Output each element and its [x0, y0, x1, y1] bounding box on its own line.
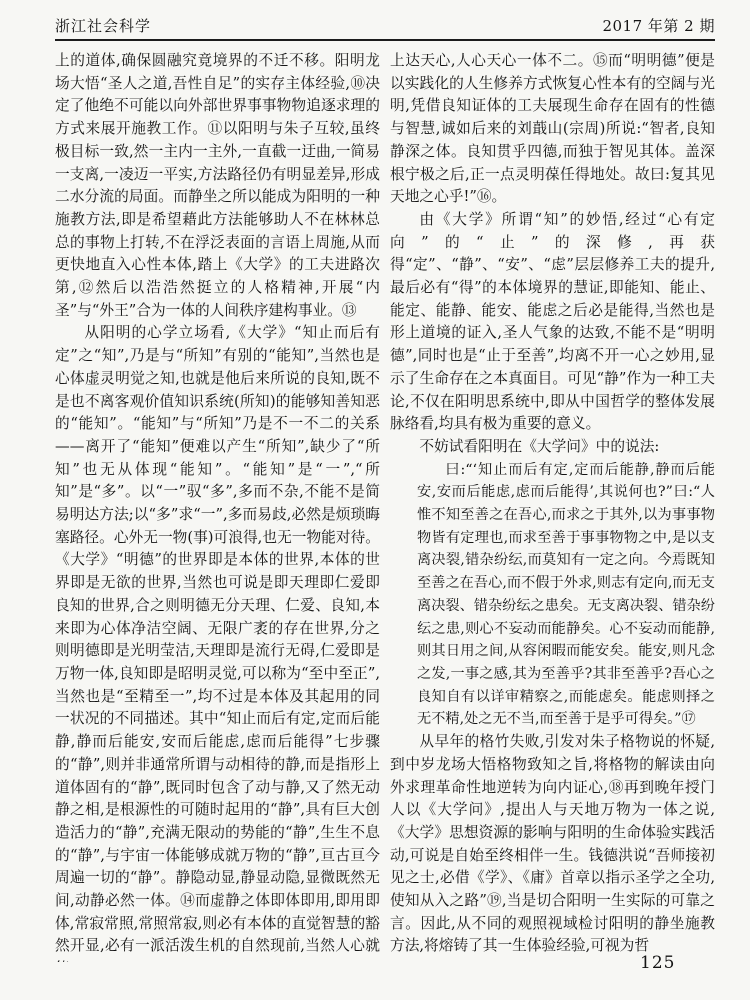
journal-page: 浙江社会科学 2017 年第 2 期 上的道体,确保圆融究竟境界的不迁不移。阳明… — [0, 0, 750, 1000]
page-header: 浙江社会科学 2017 年第 2 期 — [55, 14, 715, 36]
paragraph: 从阳明的心学立场看,《大学》“知止而后有定”之“知”,乃是与“所知”有别的“能知… — [55, 322, 380, 962]
right-text-column: 上达天心,人心天心一体不二。⑮而“明明德”便是以实践化的人生修养方式恢复心性本有… — [390, 50, 715, 962]
journal-title: 浙江社会科学 — [55, 15, 151, 36]
paragraph: 不妨试看阳明在《大学问》中的说法: — [390, 436, 715, 459]
header-divider — [55, 39, 715, 41]
paragraph: 从早年的格竹失败,引发对朱子格物说的怀疑,到中岁龙场大悟格物致知之旨,将格物的解… — [390, 731, 715, 958]
left-text-column: 上的道体,确保圆融究竟境界的不迁不移。阳明龙场大悟“圣人之道,吾性自足”的实存主… — [55, 50, 380, 962]
issue-label: 2017 年第 2 期 — [602, 15, 715, 36]
paragraph-continuation: 上的道体,确保圆融究竟境界的不迁不移。阳明龙场大悟“圣人之道,吾性自足”的实存主… — [55, 50, 380, 322]
paragraph-continuation: 上达天心,人心天心一体不二。⑮而“明明德”便是以实践化的人生修养方式恢复心性本有… — [390, 50, 715, 209]
paragraph: 由《大学》所谓“知”的妙悟,经过“心有定向”的“止”的深修,再获得“定”、“静”… — [390, 209, 715, 436]
page-number: 125 — [640, 953, 675, 973]
block-quote: 曰:“‘知止而后有定,定而后能静,静而后能安,安而后能虑,虑而后能得’,其说何也… — [417, 459, 715, 731]
